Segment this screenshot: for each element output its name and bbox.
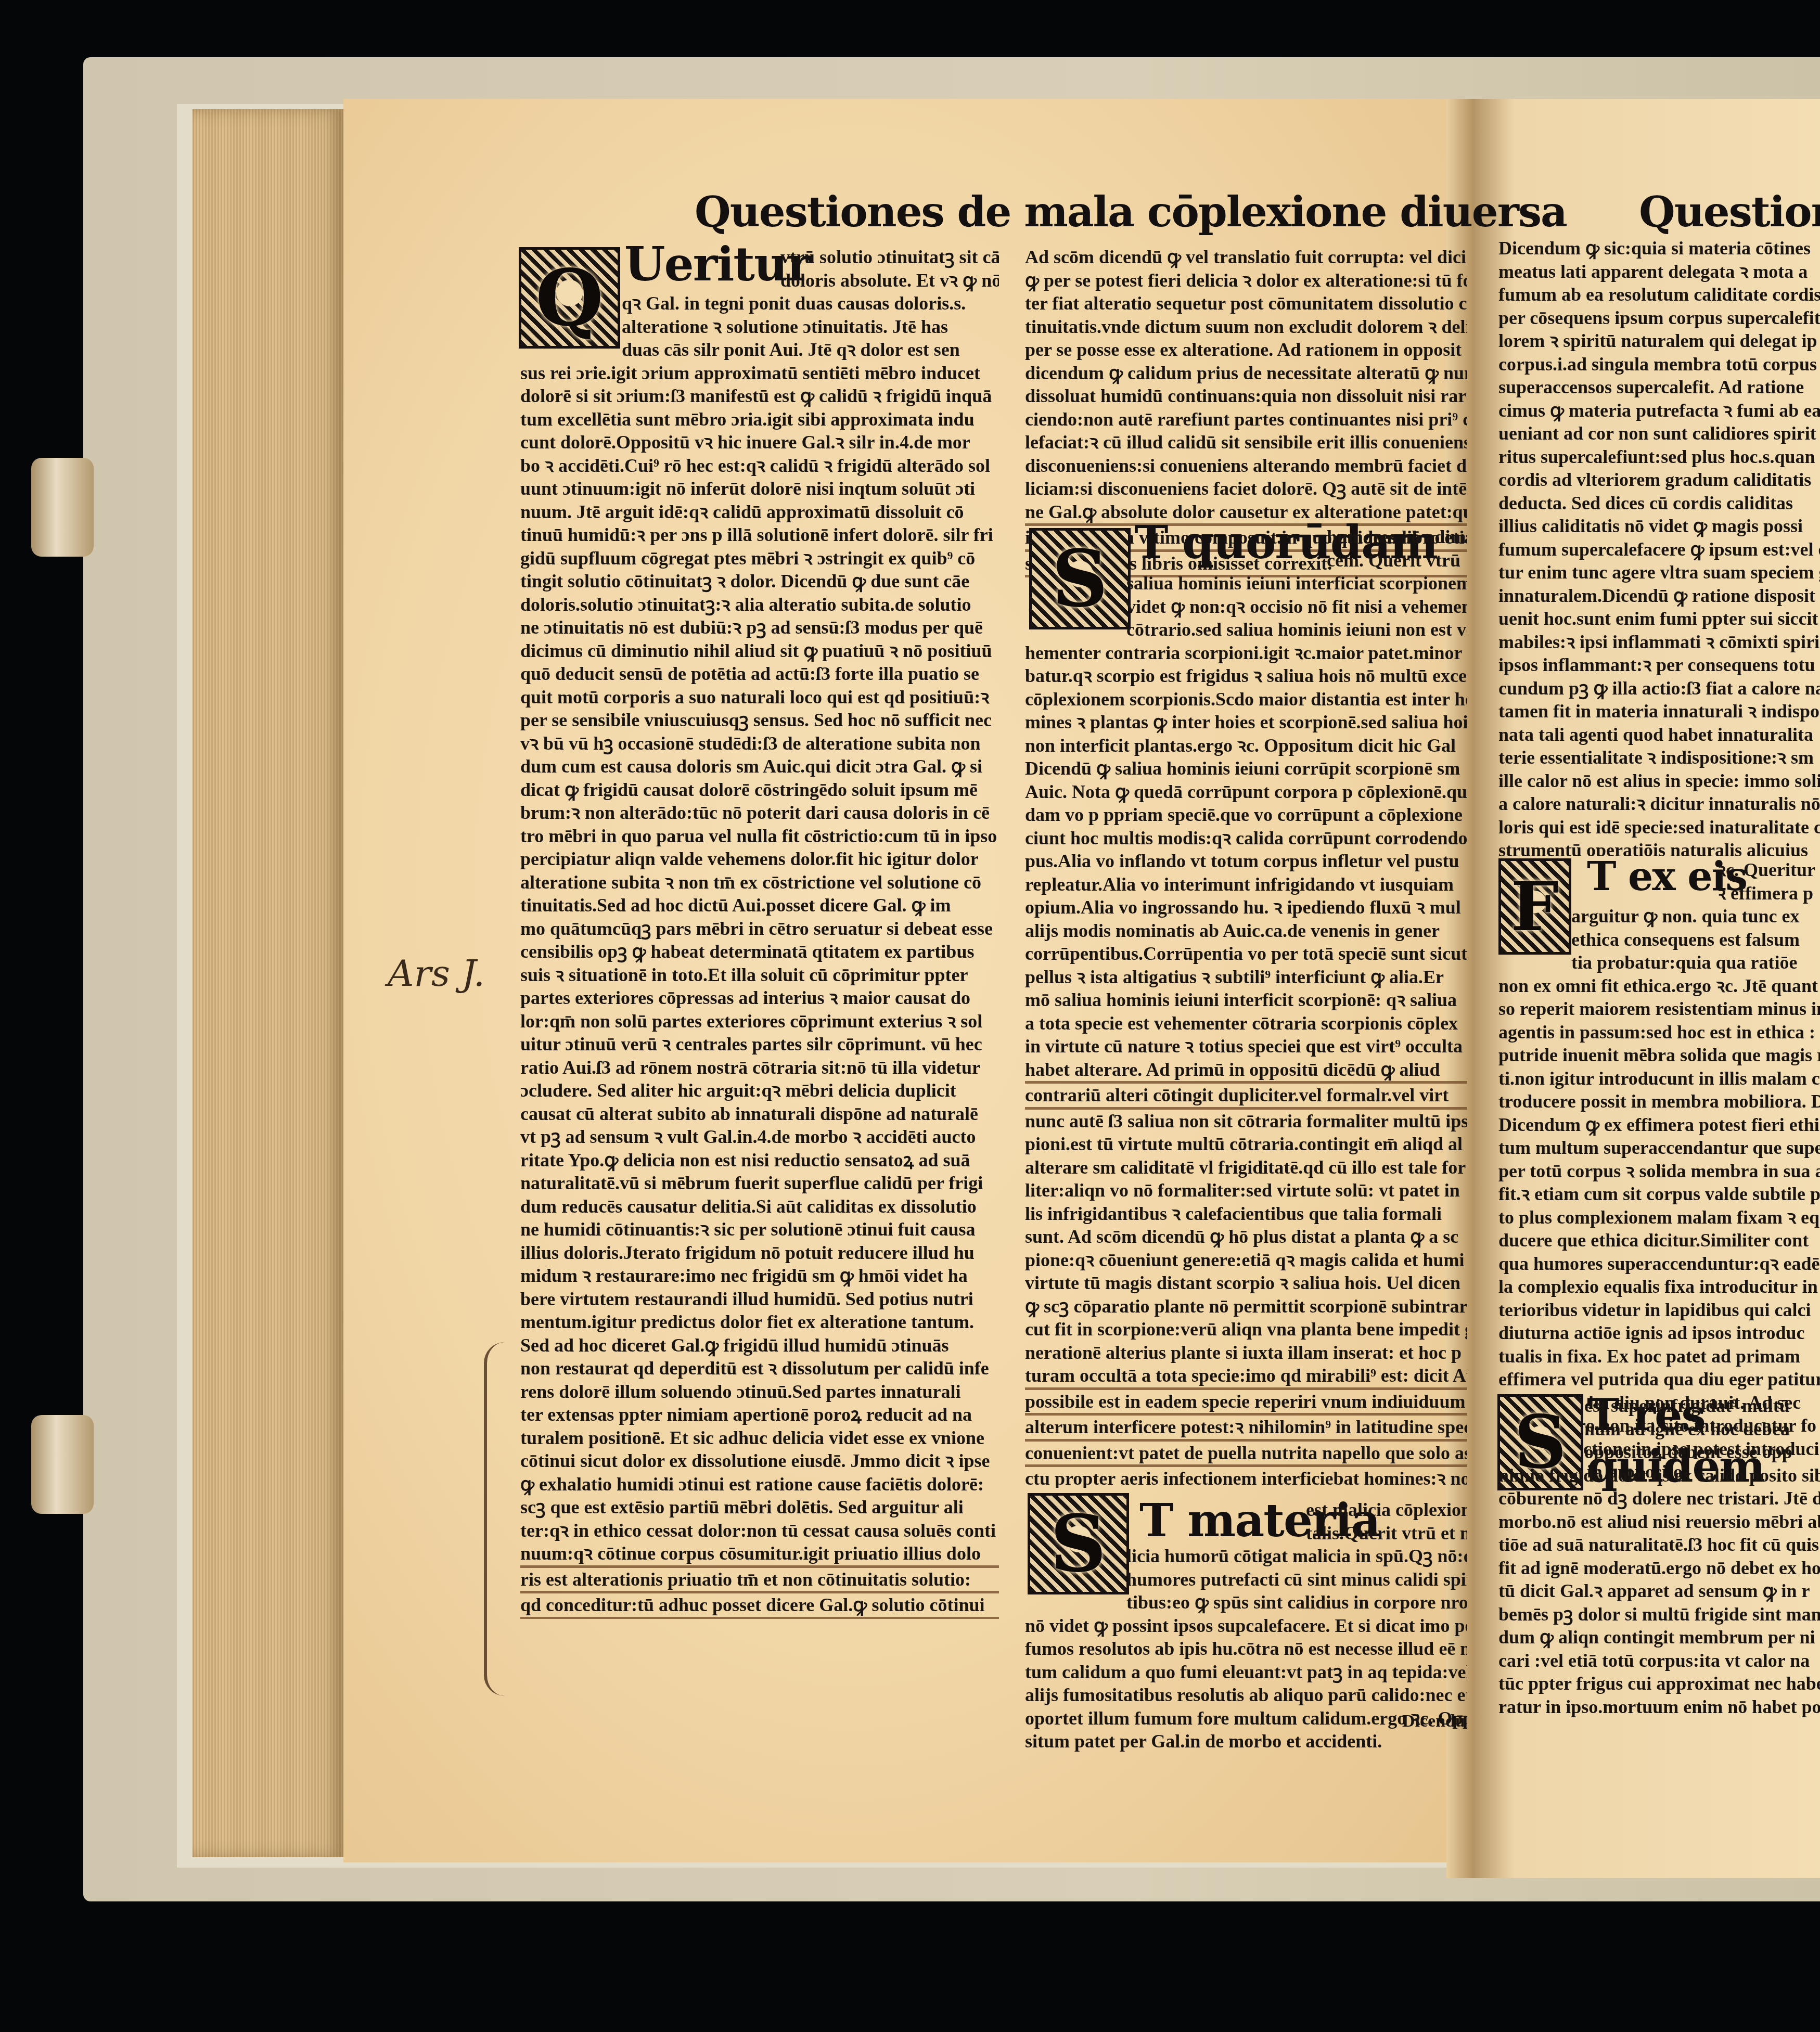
text-line: arguitur ꝙ non. quia tunc ex (1498, 905, 1820, 928)
text-line: ter:qꝛ in ethico cessat dolor:non tū ces… (520, 1519, 999, 1542)
text-line: rens dolorē illum soluendo ɔtinuū.Sed pa… (520, 1380, 999, 1404)
right-column-section-a: Dicendum ꝙ sic:quia si materia cōtinesme… (1498, 237, 1820, 856)
text-line: tūc ppter frigus cui approximat nec habe… (1498, 1672, 1820, 1695)
text-line: non ex omni fit ethica.ergo ꝛc. Jtē quan… (1498, 974, 1820, 998)
text-line: talis.Querit vtrū et ma (1025, 1522, 1467, 1545)
text-line: dicat ꝙ frigidū causat dolorē cōstringēd… (520, 778, 999, 802)
text-line: uenit hoc.sunt enim fumi ppter sui sicci… (1498, 607, 1820, 631)
running-head-right: Questiones (1639, 187, 1820, 236)
text-line: uunt ɔtinuum:igit nō inferūt dolorē nisi… (520, 477, 999, 500)
text-line: gidū supfluum cōgregat ptes mēbri ꝛ ɔstr… (520, 547, 999, 570)
text-line: nerationē alterius plante si iuxta illam… (1025, 1341, 1467, 1365)
text-line: cundum pꝫ ꝙ illa actio:ſ3 fiat a calore … (1498, 677, 1820, 700)
running-head-left: Questiones de mala cōplexione diuersa (695, 187, 1567, 236)
clasp-tie-lower (31, 1415, 94, 1514)
text-line: troducere possit in membra mobiliora. D (1498, 1090, 1820, 1113)
text-line: situm patet per Gal.in de morbo et accid… (1025, 1730, 1467, 1753)
text-line: causat cū alterat subito ab innaturali d… (520, 1102, 999, 1126)
text-line: Dicendū ꝙ saliua hominis ieiuni corrūpit… (1025, 757, 1467, 780)
text-line: possibile est in eadem specie reperiri v… (1025, 1390, 1467, 1416)
right-column-section-c: est superinfrigidat⁹ multūnum ad ignē ex… (1498, 1394, 1820, 1790)
text-line: lis infrigidantibus ꝛ calefacientibus qu… (1025, 1202, 1467, 1226)
text-line: vt pꝫ ad sensum ꝛ vult Gal.in.4.de morbo… (520, 1125, 999, 1149)
text-line: tinuitatis.Sed ad hoc dictū Aui.posset d… (520, 894, 999, 917)
text-line: fit.ꝛ etiam cum sit corpus valde subtile… (1498, 1182, 1820, 1206)
text-line: alijs fumositatibus resolutis ab aliquo … (1025, 1683, 1467, 1707)
text-line: putride inuenit mēbra solida que magis r (1498, 1044, 1820, 1067)
text-line: liciam:si disconueniens faciet dolorē. Q… (1025, 477, 1467, 500)
text-line: alterum interficere potest:ꝛ nihilomin⁹ … (1025, 1416, 1467, 1442)
text-line: alteratione ꝛ solutione ɔtinuitatis. Jtē… (520, 315, 999, 339)
text-line: tum multum superaccendantur que supera (1498, 1136, 1820, 1160)
text-line: conuenient:vt patet de puella nutrita na… (1025, 1442, 1467, 1468)
text-line: per cōsequens ipsum corpus supercalefit (1498, 306, 1820, 330)
text-line: fit ad ignē moderatū.ergo nō debet ex ho (1498, 1557, 1820, 1580)
text-line: loris qui est idē specie:sed inaturalita… (1498, 816, 1820, 839)
text-line: turam occultā a tota specie:imo qd mirab… (1025, 1364, 1467, 1390)
text-line: mines ꝛ plantas ꝙ inter hoies et scorpio… (1025, 711, 1467, 734)
text-line: effimera vel putrida qua diu eger patitu… (1498, 1368, 1820, 1391)
text-line: doloris.solutio ɔtinuitatꝫ:ꝛ alia altera… (520, 593, 999, 616)
text-line: meatus lati apparent delegata ꝛ mota a (1498, 260, 1820, 284)
text-line: bere virtutem restaurandi illud humidū. … (520, 1288, 999, 1311)
text-line: nunc autē ſ3 saliua non sit cōtraria for… (1025, 1110, 1467, 1133)
text-line: ratur in ipso.mortuum enim nō habet po (1498, 1695, 1820, 1719)
text-line: tū dicit Gal.ꝛ apparet ad sensum ꝙ in r (1498, 1579, 1820, 1603)
text-line: cōtinui sicut dolor ex dissolutione eius… (520, 1449, 999, 1473)
text-line: repleatur.Alia vo interimunt infrigidand… (1025, 873, 1467, 896)
text-line: per se sensibile vniuscuiusqꝫ sensus. Se… (520, 709, 999, 732)
text-line: licia humorū cōtigat malicia in spū.Qꝫ n… (1025, 1545, 1467, 1568)
text-line: ritate Ypo.ꝙ delicia non est nisi reduct… (520, 1149, 999, 1172)
text-line: brum:ꝛ non alterādo:tūc nō poterit dari … (520, 801, 999, 825)
text-line: cem. Querit vtrū (1025, 549, 1467, 572)
text-line: non restaurat qd deperditū est ꝛ dissolu… (520, 1357, 999, 1380)
text-line: ne ɔtinuitatis nō est dubiū:ꝛ pꝫ ad sens… (520, 616, 999, 639)
text-line: so reperit maiorem resistentiam minus in (1498, 997, 1820, 1021)
text-line: ꝙ per se potest fieri delicia ꝛ dolor ex… (1025, 269, 1467, 292)
text-line: cordis ad vlteriorem gradum caliditatis (1498, 468, 1820, 492)
text-line: pellus ꝛ ista altigatius ꝛ subtili⁹ inte… (1025, 966, 1467, 989)
text-line: morbo.nō est aliud nisi reuersio mēbri a… (1498, 1510, 1820, 1534)
text-line: est superinfrigidat⁹ multū (1498, 1394, 1820, 1418)
text-line: partes exteriores cōpressas ad interius … (520, 986, 999, 1010)
text-line: mabiles:ꝛ ipsi inflammati ꝛ cōmixti spir… (1498, 631, 1820, 654)
catchword: Dicendū (1402, 1712, 1465, 1731)
text-line: uitur ɔtinuū verū ꝛ centrales partes sil… (520, 1033, 999, 1056)
text-line: ris est alterationis priuatio tm̄ et non… (520, 1568, 999, 1594)
text-line: dicimus cū diminutio nihil aliud sit ꝙ p… (520, 639, 999, 663)
left-column-2-section-2: humores nō adimcem. Querit vtrūsaliua ho… (1025, 525, 1467, 1488)
text-line: innaturalem.Dicendū ꝙ ratione disposit (1498, 584, 1820, 608)
text-line: cōplexionem scorpionis.Scdo maior distan… (1025, 688, 1467, 711)
text-line: cut fit in scorpione:verū aliqn vna plan… (1025, 1318, 1467, 1341)
text-line: dolorē si sit ɔrium:ſ3 manifestū est ꝙ c… (520, 384, 999, 408)
text-line: midum ꝛ restaurare:imo nec frigidū sm ꝙ … (520, 1264, 999, 1288)
text-line: ɔcludere. Sed aliter hic arguit:qꝛ mēbri… (520, 1079, 999, 1102)
text-line: mo quātumcūqꝫ pars mēbri in cētro seruat… (520, 917, 999, 941)
text-line: humores putrefacti cū sint minus calidi … (1025, 1568, 1467, 1591)
text-line: mō saliua hominis ieiuni interficit scor… (1025, 988, 1467, 1012)
text-line: corrūpentibus.Corrūpentia vo per totā sp… (1025, 942, 1467, 966)
text-line: nō videt ꝙ possint ipsos supcalefacere. … (1025, 1614, 1467, 1638)
text-line: nata tali agenti quod habet innaturalita (1498, 723, 1820, 747)
text-line: lefaciat:ꝛ cū illud calidū sit sensibile… (1025, 431, 1467, 454)
text-line: tibus:eo ꝙ spūs sint calidius in corpore… (1025, 1591, 1467, 1614)
text-line: oportet illum fumum fore multum calidum.… (1025, 1707, 1467, 1730)
text-line: ꝛ effimera p (1498, 882, 1820, 905)
text-line: tinuū humidū:ꝛ per ɔns p illā solutionē … (520, 523, 999, 547)
text-line: ratio Aui.ſ3 ad rōnem nostrā cōtraria si… (520, 1056, 999, 1079)
text-line: diuturna actiōe ignis ad ipsos introduc (1498, 1321, 1820, 1345)
text-line: cunt dolorē.Oppositū vꝛ hic inuere Gal.ꝛ… (520, 431, 999, 454)
text-line: tia probatur:quia qua ratiōe (1498, 951, 1820, 974)
text-line: dum reducēs causatur delitia.Si aūt cali… (520, 1195, 999, 1218)
text-line: tum excellētia sunt mēbro ɔria.igit sibi… (520, 408, 999, 431)
text-line: pione:qꝛ cōueniunt genere:etiā qꝛ magis … (1025, 1249, 1467, 1272)
text-line: in virtute cū nature ꝛ totius speciei qu… (1025, 1035, 1467, 1058)
text-line: censibilis opꝫ ꝙ habeat determinatā qtit… (520, 940, 999, 963)
text-line: humores nō adim (1025, 525, 1467, 549)
text-line: terie essentialitate ꝛ indispositione:ꝛ … (1498, 746, 1820, 769)
text-line: Ad scōm dicendū ꝙ vel translatio fuit co… (1025, 246, 1467, 269)
text-line: ꝙ scꝫ cōparatio plante nō permittit scor… (1025, 1295, 1467, 1318)
manuscript-bracket (484, 1342, 508, 1696)
text-line: illius caliditatis nō videt ꝙ magis poss… (1498, 515, 1820, 538)
text-line: habet alterare. Ad primū in oppositū dic… (1025, 1058, 1467, 1084)
text-line: hementer contraria scorpioni.igit ꝛc.mai… (1025, 641, 1467, 665)
text-line: sunt. Ad scōm dicendū ꝙ hō plus distat a… (1025, 1225, 1467, 1249)
page-block-edge (193, 109, 343, 1857)
text-line: a tota specie est vehementer cōtraria sc… (1025, 1012, 1467, 1035)
text-line: ipsos inflammant:ꝛ per consequens totu (1498, 653, 1820, 677)
text-line: illius doloris.Jterato frigidum nō potui… (520, 1241, 999, 1265)
right-column-section-b: ꝛc. Queriturꝛ effimera parguitur ꝙ non. … (1498, 858, 1820, 1477)
text-line: ꝛc. Queritur (1498, 858, 1820, 882)
text-line: liter:aliqn vo nō formaliter:sed virtute… (1025, 1179, 1467, 1202)
text-line: num ad ignē ex hoc debea (1498, 1418, 1820, 1441)
text-line: non interficit plantas.ergo ꝛc. Oppositu… (1025, 734, 1467, 757)
text-line: bemēs pꝫ dolor si multū frigide sint man… (1498, 1603, 1820, 1626)
text-line: per totū corpus ꝛ solida membra in sua a (1498, 1160, 1820, 1183)
text-line: ueniant ad cor non sunt calidiores spiri… (1498, 422, 1820, 445)
text-line: cari :vel etiā totū corpus:ita vt calor … (1498, 1649, 1820, 1673)
text-line: ethica consequens est falsum (1498, 928, 1820, 951)
text-line: tualis in fixa. Ex hoc patet ad primam (1498, 1345, 1820, 1368)
text-line: alterare sm caliditatē vl frigiditatē.qd… (1025, 1156, 1467, 1179)
left-column-1: vtrū solutio ɔtinuitatꝫ sit cādoloris ab… (520, 246, 999, 1619)
text-line: ctu propter aeris infectionem interficie… (1025, 1467, 1467, 1488)
text-line: nimio frigido dolet qs ex calido posito … (1498, 1464, 1820, 1487)
text-line: videt ꝙ non:qꝛ occisio nō fit nisi a veh… (1025, 595, 1467, 619)
text-line: pioni.est tū virtute multū cōtraria.cont… (1025, 1133, 1467, 1156)
text-line: ne humidi cōtinuantis:ꝛ sic per solution… (520, 1218, 999, 1241)
text-line: nuum. Jtē arguit idē:qꝛ calidū approxima… (520, 500, 999, 524)
text-line: scꝫ que est extēsio partiū mēbri dolētis… (520, 1496, 999, 1519)
text-line: mentum.igitur predictus dolor fiet ex al… (520, 1310, 999, 1334)
text-line: pus.Alia vo inflando vt totum corpus inf… (1025, 850, 1467, 873)
text-line: dicendum ꝙ calidum prius de necessitate … (1025, 362, 1467, 385)
text-line: tum calidum a quo fumi eleuant:vt patꝫ i… (1025, 1661, 1467, 1684)
text-line: percipiatur aliqn valde vehemens dolor.f… (520, 847, 999, 871)
text-line: Dicendum ꝙ sic:quia si materia cōtines (1498, 237, 1820, 260)
text-line: tro mēbri in quo parua vel nulla fit cōs… (520, 825, 999, 848)
text-line: ritus supercalefiunt:sed plus hoc.s.quan (1498, 445, 1820, 469)
text-line: vtrū solutio ɔtinuitatꝫ sit cā (520, 246, 999, 269)
text-line: lorem ꝛ spiritū naturalem qui delegat ip (1498, 329, 1820, 353)
text-line: Dicendum ꝙ ex effimera potest fieri ethi… (1498, 1113, 1820, 1137)
text-line: quō deducit sensū de potētia ad actū:ſ3 … (520, 662, 999, 686)
text-line: ꝙ exhalatio humidi ɔtinui est ratione ca… (520, 1473, 999, 1496)
text-line: ti.non igitur introducunt in illis malam… (1498, 1067, 1820, 1090)
text-line: contrariū alteri cōtingit dupliciter.vel… (1025, 1084, 1467, 1110)
text-line: ille calor nō est alius in specie: immo … (1498, 769, 1820, 793)
text-line: tiōe ad suā naturalitatē.ſ3 hoc fit cū q… (1498, 1533, 1820, 1557)
text-line: tinuitatis.vnde dictum suum non excludit… (1025, 315, 1467, 339)
text-line: fumum ab ea resolutum caliditate cordis (1498, 283, 1820, 306)
text-line: superaccensos supercalefit. Ad ratione (1498, 376, 1820, 399)
text-line: doloris absolute. Et vꝛ ꝙ nō (520, 269, 999, 292)
text-line: qua humores superaccenduntur:qꝛ eadē (1498, 1252, 1820, 1276)
text-line: cōburente nō dꝫ dolere nec tristari. Jtē… (1498, 1487, 1820, 1510)
text-line: disconueniens:si conueniens alterando me… (1025, 454, 1467, 478)
text-line: ciunt hoc multis modis:qꝛ calida corrūpu… (1025, 827, 1467, 850)
text-line: sus rei ɔrie.igit ɔrium approximatū sent… (520, 362, 999, 385)
text-line: oppositoꝝ debent esse opp (1498, 1441, 1820, 1464)
text-line: virtute tū magis distant scorpio ꝛ saliu… (1025, 1271, 1467, 1295)
text-line: alteratione subita ꝛ non tm̄ ex cōstrict… (520, 871, 999, 894)
clasp-tie-upper (31, 458, 94, 557)
text-line: qd conceditur:tū adhuc posset dicere Gal… (520, 1593, 999, 1619)
text-line: ter fiat alteratio sequetur post cōmunit… (1025, 292, 1467, 315)
text-line: ciendo:non autē rarefiunt partes continu… (1025, 408, 1467, 431)
text-line: a calore naturali:ꝛ dicitur innaturalis … (1498, 792, 1820, 816)
text-line: cimus ꝙ materia putrefacta ꝛ fumi ab ea (1498, 399, 1820, 422)
text-line: deducta. Sed dices cū cordis caliditas (1498, 492, 1820, 515)
text-line: opium.Alia vo ingrossando hu. ꝛ ipediend… (1025, 896, 1467, 919)
text-line: dam vo p ppriam speciē.que vo corrūpunt … (1025, 803, 1467, 827)
text-line: Auic. Nota ꝙ quedā corrūpunt corpora p c… (1025, 780, 1467, 804)
text-line: ter extensas ppter nimiam apertionē poro… (520, 1403, 999, 1426)
text-line: duas cās silr ponit Aui. Jtē qꝛ dolor es… (520, 338, 999, 362)
text-line: qꝛ Gal. in tegni ponit duas causas dolor… (520, 292, 999, 315)
text-line: cōtrario.sed saliua hominis ieiuni non e… (1025, 618, 1467, 641)
left-column-2-section-3: est malicia cōplexionistalis.Querit vtrū… (1025, 1498, 1467, 1769)
text-line: vꝛ bū vū hꝫ occasionē studēdi:ſ3 de alte… (520, 732, 999, 755)
text-line: agentis in passum:sed hoc est in ethica … (1498, 1021, 1820, 1044)
text-line: nuum:qꝛ cōtinue corpus cōsumitur.igit pr… (520, 1542, 999, 1568)
text-line: fumum supercalefacere ꝙ ipsum est:vel e (1498, 538, 1820, 561)
text-line: dum ꝙ aliqn contingit membrum per ni (1498, 1626, 1820, 1649)
text-line: fumos resolutos ab ipis hu.cōtra nō est … (1025, 1637, 1467, 1661)
text-line: tingit solutio cōtinuitatꝫ ꝛ dolor. Dice… (520, 570, 999, 593)
text-line: corpus.i.ad singula membra totū corpus (1498, 353, 1820, 376)
text-line: est malicia cōplexionis (1025, 1498, 1467, 1522)
text-line: Sed ad hoc diceret Gal.ꝙ frigidū illud h… (520, 1334, 999, 1357)
marginal-note: Ars J. (388, 952, 485, 995)
text-line: lor:qm̄ non solū partes exteriores cōpri… (520, 1010, 999, 1033)
text-line: bo ꝛ accidēti.Cui⁹ rō hec est:qꝛ calidū … (520, 454, 999, 478)
text-line: naturalitatē.vū si mēbrum fuerit superfl… (520, 1172, 999, 1195)
text-line: tur enim tunc agere vltra suam speciem g (1498, 561, 1820, 584)
text-line: tamen fit in materia innaturali ꝛ indisp… (1498, 700, 1820, 723)
text-line: dissoluat humidū continuans:quia non dis… (1025, 384, 1467, 408)
text-line: to plus complexionem malam fixam ꝛ eq (1498, 1206, 1820, 1229)
text-line: alijs modis nominatis ab Auic.ca.de vene… (1025, 919, 1467, 943)
text-line: batur.qꝛ scorpio est frigidus ꝛ saliua h… (1025, 664, 1467, 688)
text-line: la complexio equalis fixa introducitur i… (1498, 1275, 1820, 1298)
text-line: turalem positionē. Et sic adhuc delicia … (520, 1426, 999, 1450)
text-line: per se posse esse ex alteratione. Ad rat… (1025, 338, 1467, 362)
text-line: ducere que ethica dicitur.Similiter cont (1498, 1229, 1820, 1252)
text-line: dum cum est causa doloris sm Auic.qui di… (520, 755, 999, 778)
text-line: saliua hominis ieiuni interficiat scorpi… (1025, 572, 1467, 595)
text-line: terioribus videtur in lapidibus qui calc… (1498, 1298, 1820, 1322)
text-line: quit motū corporis a suo naturali loco q… (520, 686, 999, 709)
text-line: suis ꝛ situationē in toto.Et illa soluit… (520, 963, 999, 987)
